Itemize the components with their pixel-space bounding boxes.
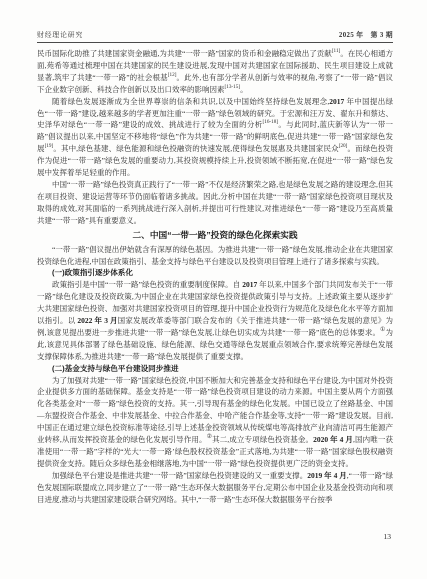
citation-marker: [19] [45, 143, 54, 149]
page-header: 财经理论研究 2025 年 第 3 期 [37, 29, 393, 39]
subsection-heading: (一)政策指引逐步体系化 [37, 267, 393, 279]
citation-marker: [12] [168, 72, 177, 78]
section-heading: 二、中国“一带一路”投资的绿色化探索实践 [37, 229, 393, 242]
bold-text: 2020 年 4 月 [313, 435, 353, 444]
paragraph: 政策指引是中国“一带一路”绿色投资的重要制度保障。自 2017 年以来,中国多个… [37, 279, 393, 362]
paragraph: 为了加强对共建“一带一路”国家绿色投资,中国不断加大和完善基金支持和绿色平台建设… [37, 375, 393, 470]
bold-text: 2019 年 4 月 [307, 471, 347, 480]
paragraph: 民币国际化助推了共建国家资金融通,为共建“一带一路”国家的货币和金融稳定做出了贡… [37, 48, 393, 96]
paragraph: 加强绿色平台建设是推进共建“一带一路”国家绿色投资建设的又一重要支撑。2019 … [37, 470, 393, 506]
citation-marker: [11] [332, 48, 340, 54]
paragraph: 中国“一带一路”绿色投资真正践行了“一带一路”不仅是经济繁荣之路,也是绿色发展之… [37, 179, 393, 227]
issue-info: 2025 年 第 3 期 [339, 29, 393, 39]
subsection-heading: (二)基金支持与绿色平台建设同步推进 [37, 363, 393, 375]
journal-title: 财经理论研究 [37, 29, 83, 39]
header-rule [37, 42, 393, 43]
footnote-marker: ① [380, 327, 385, 333]
paragraph: “一带一路”倡议提出伊始就含有深厚的绿色基因。为推进共建“一带一路”绿色发展,推… [37, 244, 393, 268]
citation-marker: [20] [339, 143, 348, 149]
bold-text: 2017 [242, 280, 257, 289]
citation-marker: [16-18] [263, 119, 279, 125]
article-body: 民币国际化助推了共建国家资金融通,为共建“一带一路”国家的货币和金融稳定做出了贡… [37, 48, 393, 506]
bold-text: 2017 [329, 97, 344, 106]
page-number: 13 [384, 532, 392, 541]
paragraph: 随着绿色发展逐渐成为全世界尊崇的信条和共识,以及中国始终坚持绿色发展理念,201… [37, 96, 393, 179]
citation-marker: [13-15] [225, 84, 241, 90]
journal-page: 财经理论研究 2025 年 第 3 期 民币国际化助推了共建国家资金融通,为共建… [0, 0, 427, 579]
bold-text: 2022 年 3 月 [77, 316, 117, 325]
footnote-marker: ② [207, 434, 213, 440]
